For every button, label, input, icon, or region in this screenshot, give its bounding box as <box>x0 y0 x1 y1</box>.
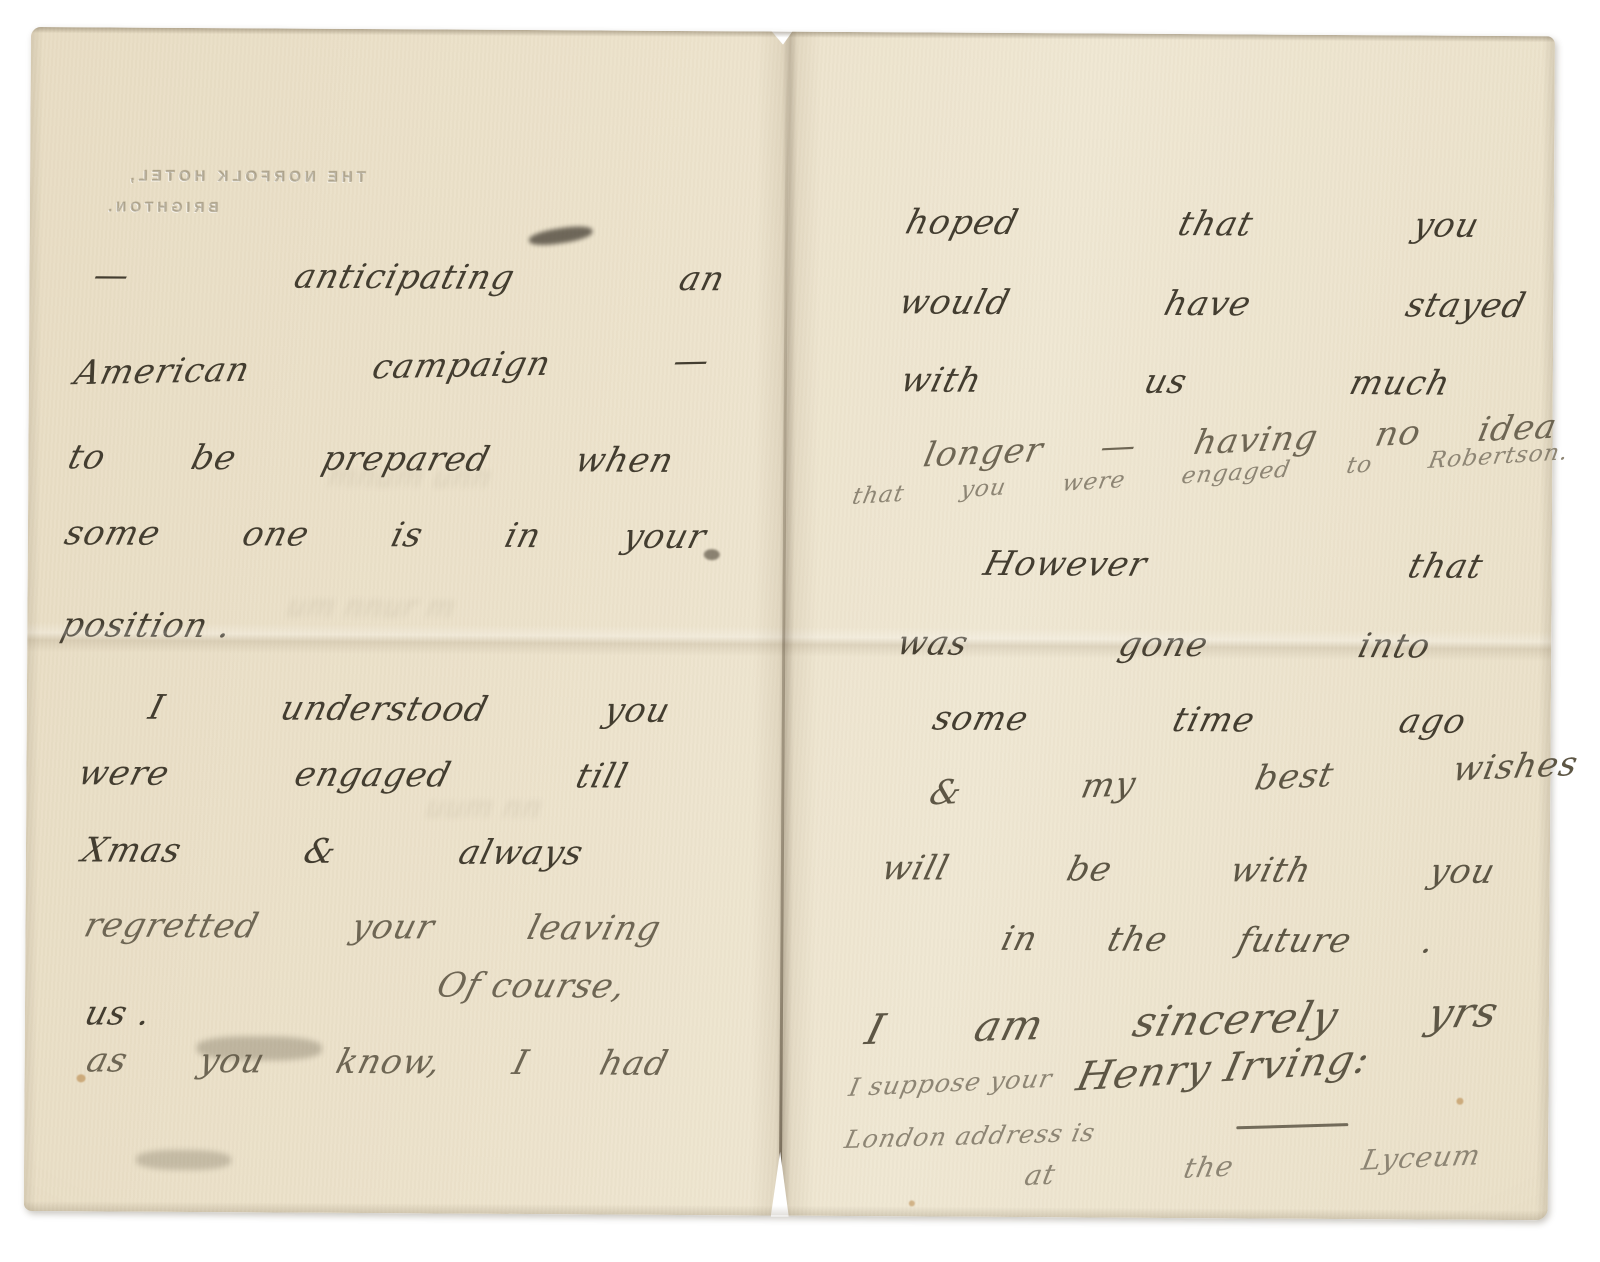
handwriting-line: were engaged till <box>74 755 632 796</box>
bleed-through-marks: um nnur m <box>283 589 460 625</box>
handwriting-line: will be with you <box>878 850 1500 891</box>
foxing-spot <box>909 1200 915 1206</box>
handwriting-line: — anticipating an <box>89 257 729 298</box>
handwriting-line: in the future . <box>997 921 1439 961</box>
foxing-spot <box>1456 1098 1463 1105</box>
handwriting-line: as you know, I had <box>83 1042 673 1083</box>
ink-blot <box>704 549 720 560</box>
handwriting-line: However that <box>980 546 1488 586</box>
handwriting-line: position . <box>57 607 287 646</box>
letterhead-hotel-name-mirrored: THE NORFOLK HOTEL, <box>126 168 366 186</box>
handwriting-line: Of course, <box>433 968 683 1007</box>
fold-notch-top <box>771 31 793 45</box>
handwriting-line: would have stayed <box>895 284 1530 325</box>
handwriting-line: some one is in your <box>61 515 711 556</box>
fold-gap-bottom <box>771 1152 789 1217</box>
ink-smudge <box>528 224 594 248</box>
handwriting-line: hoped that you <box>902 204 1484 245</box>
letter-scan: THE NORFOLK HOTEL, BRIGHTON. mnum unn um… <box>0 0 1600 1262</box>
signature-underline <box>1236 1123 1348 1129</box>
handwriting-line: to be prepared when <box>64 439 678 480</box>
letterhead-city-mirrored: BRIGHTON. <box>104 198 218 215</box>
handwriting-line: with us much <box>897 362 1455 403</box>
postscript-line: London address is <box>842 1117 1181 1154</box>
vertical-fold-line <box>779 68 789 1208</box>
handwriting-line: was gone into <box>893 625 1435 666</box>
handwriting-line: Xmas & always <box>78 832 588 872</box>
handwriting-line: I understood you <box>145 690 675 731</box>
letter-paper: THE NORFOLK HOTEL, BRIGHTON. mnum unn um… <box>24 27 1555 1220</box>
handwriting-line: & my best wishes <box>926 746 1581 813</box>
gray-smudge <box>136 1150 231 1171</box>
handwriting-line: us . <box>81 995 186 1033</box>
vertical-fold-crease <box>750 31 821 1215</box>
handwriting-line: American campaign — <box>71 343 714 393</box>
postscript-line: at the Lyceum <box>1022 1140 1484 1191</box>
handwriting-line: some time ago <box>929 701 1471 742</box>
handwriting-line: regretted your leaving <box>80 907 665 948</box>
